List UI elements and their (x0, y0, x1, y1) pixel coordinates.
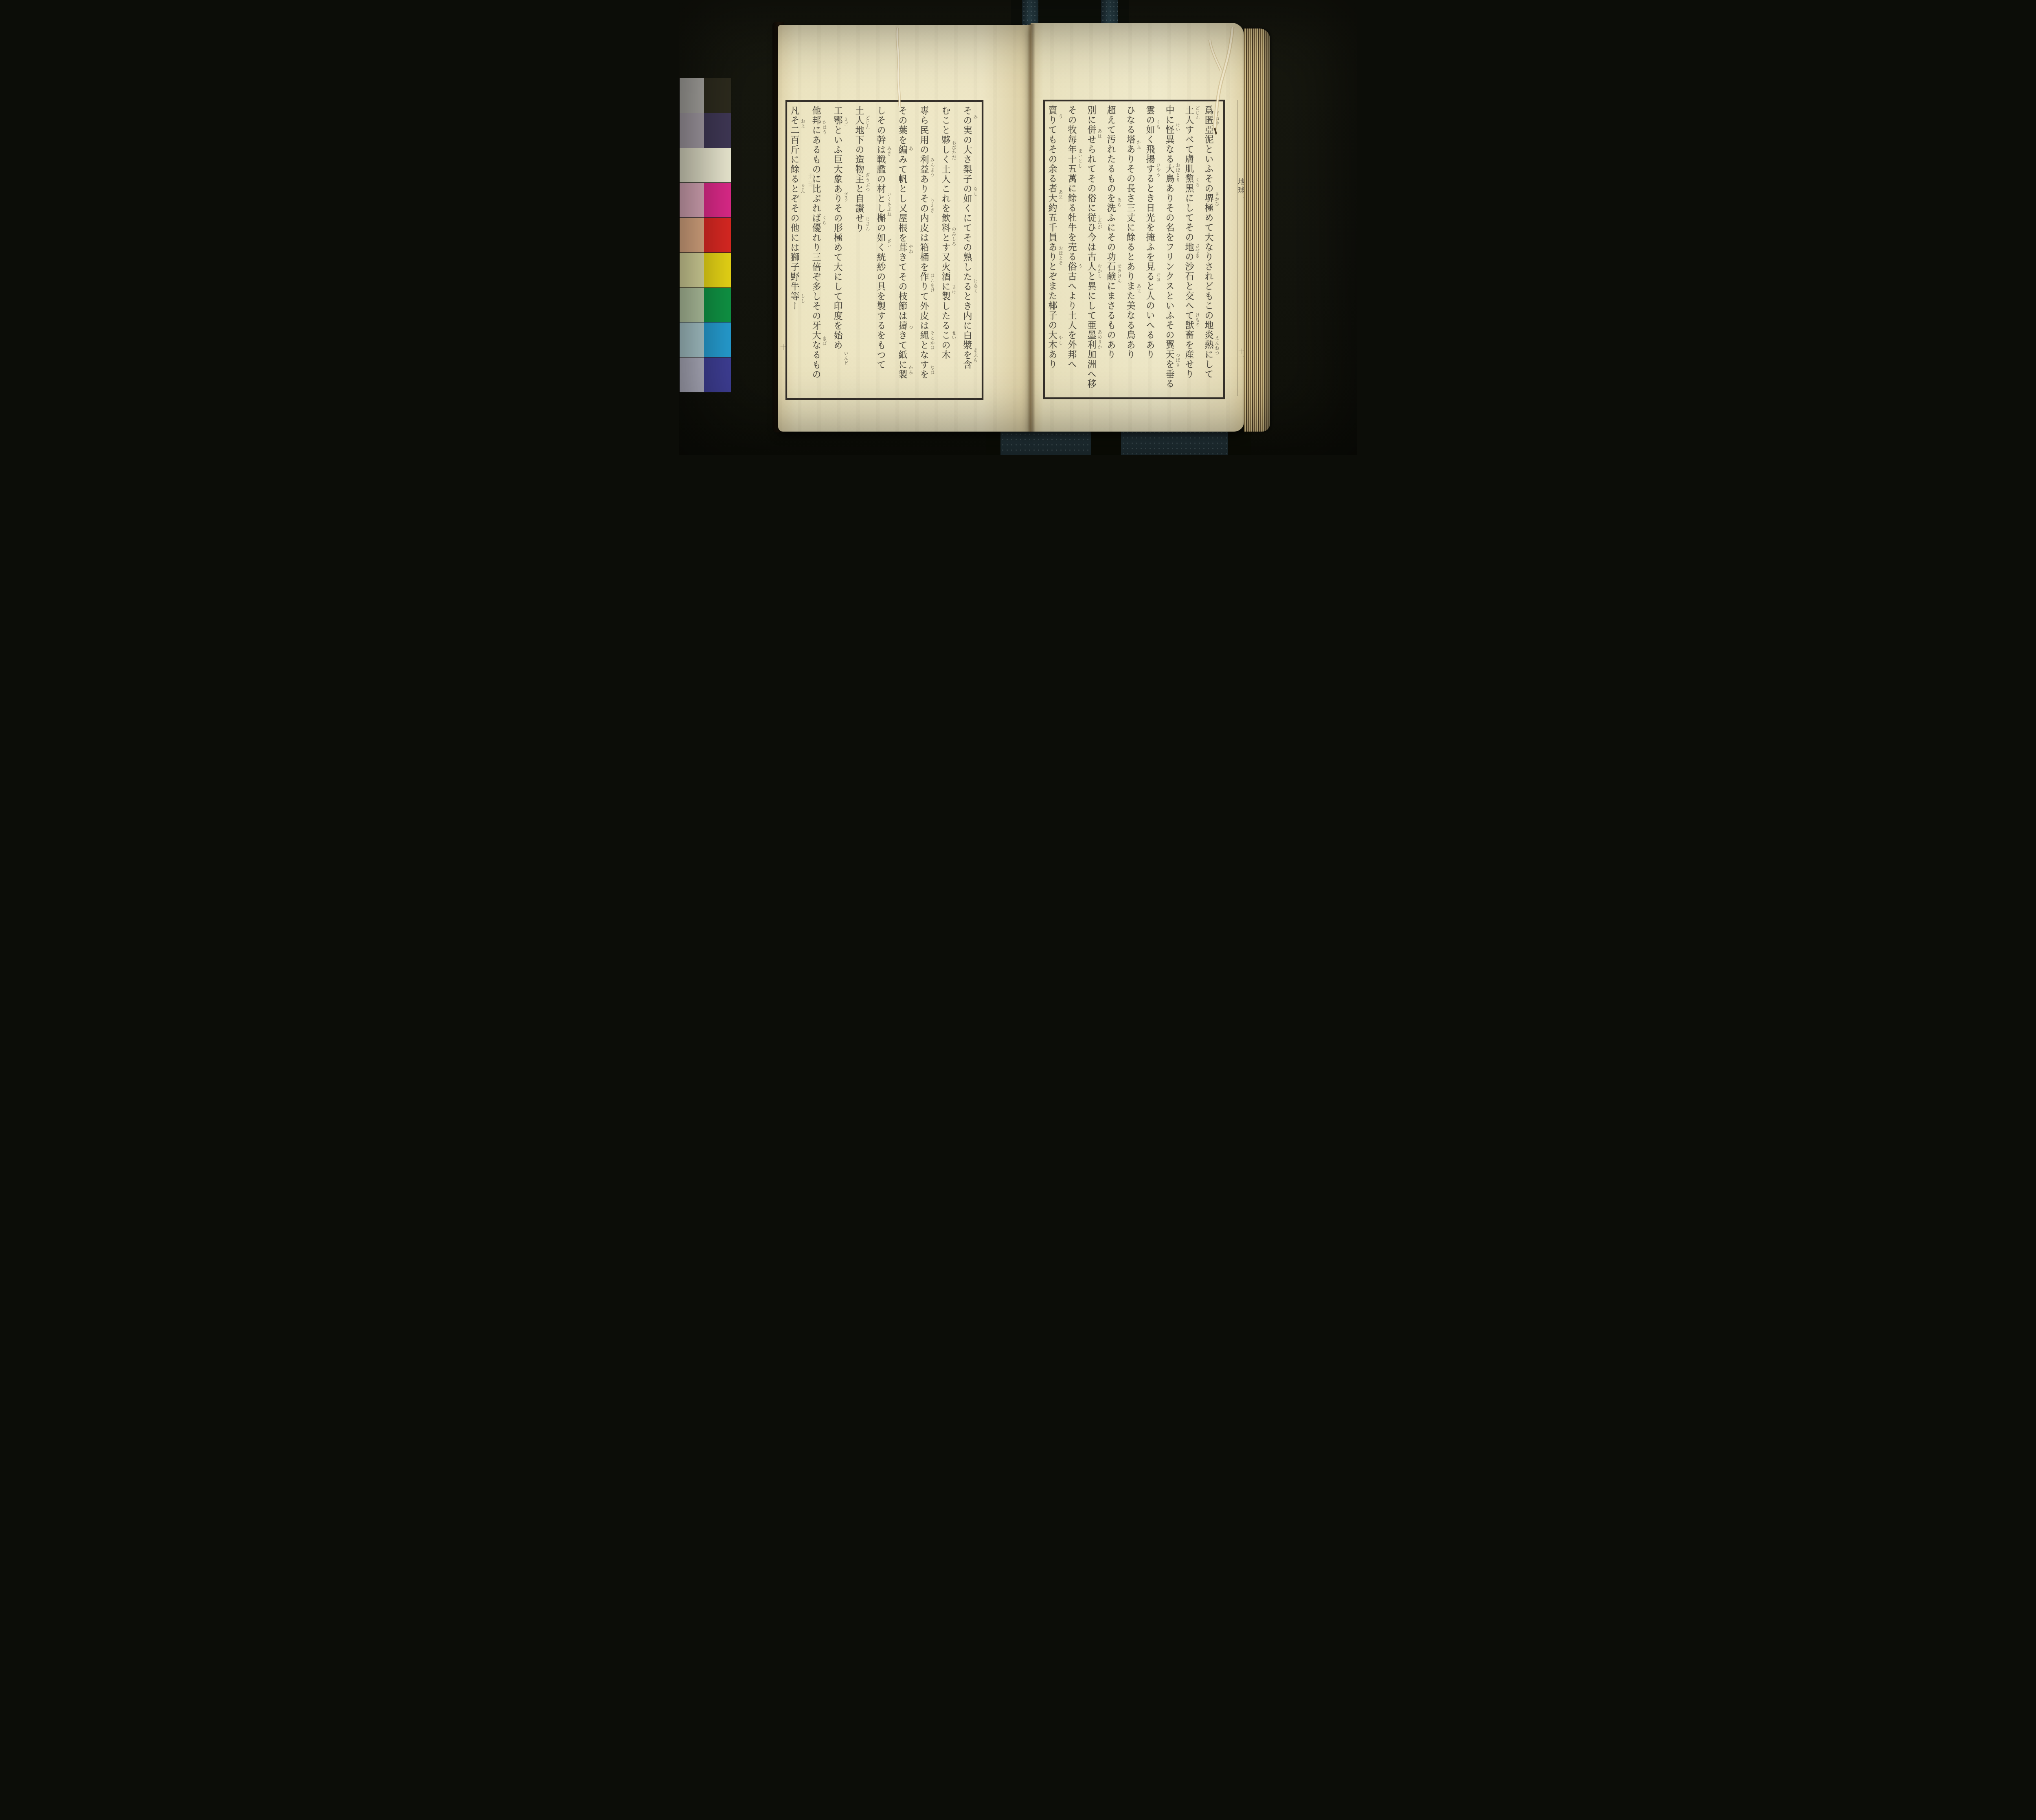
column-text: ひなる塔ありその長さ三丈に餘るとありまた美なる鳥あり (1124, 105, 1136, 393)
furigana: あは (1096, 129, 1103, 138)
furigana: みんよう (929, 158, 935, 177)
color-swatch (704, 78, 731, 113)
furigana: う (1057, 114, 1064, 119)
text-column: 土人すべて膚肌黧黒にしてその地の沙石と交へて獣畜を産せりどじんくろさせきけもの (1182, 105, 1200, 393)
column-text: 別に併せられてその俗に従ひ今は古人と異にして亜墨利加洲へ移 (1085, 105, 1097, 393)
furigana: やし (1057, 335, 1064, 345)
furigana: はこをけ (929, 273, 935, 293)
color-swatch (704, 322, 731, 357)
furigana: み (972, 114, 979, 119)
furigana: じさん (864, 217, 871, 231)
text-column: 雲の如く飛揚するとき日光を掩ふを見ると人のいへるありくもひやうおほ (1143, 105, 1161, 393)
right-page: 爲匿亞泥といふその堺極めて大なりされどもこの地炎熱にしてぎねやさかひえんねつ土人… (1031, 23, 1244, 432)
furigana: たふ (1135, 140, 1142, 150)
column-text: その牧毎年十五萬に餘る牡牛を売る俗古へより土人を外邦へ (1065, 105, 1078, 393)
page-edges-stack (1244, 29, 1270, 432)
text-column: むこと夥しく土人これを飲料とす又火酒に製したるこの木おびただのみしろさけせい (938, 106, 957, 394)
furigana: きん (799, 184, 806, 194)
column-text: 凡そ二百斤に餘るとぞその他には獅子野牛等ー (788, 106, 801, 366)
paper-tear-left (882, 26, 915, 112)
furigana: おほ (1155, 272, 1161, 282)
color-swatch (680, 183, 704, 217)
left-leaf-number: 十 (779, 344, 788, 350)
color-swatch (680, 288, 704, 322)
furigana: えんねつ (1213, 336, 1220, 355)
furigana: やね (907, 244, 914, 254)
furigana: つ (907, 325, 914, 330)
column-text: 超えて汚れたるものを洗ふにその功石鹸にまさるものあり (1104, 105, 1117, 393)
text-column: 賣りてもその余る者大約五千員ありとぞまた椰子の大木ありうあまおほよそやし (1045, 105, 1064, 386)
furigana: りえき (929, 198, 935, 213)
furigana: おほとり (1174, 163, 1181, 182)
show-through-title: 地球 (806, 173, 815, 189)
color-swatch (680, 253, 704, 287)
furigana: つばさ (1174, 353, 1181, 368)
left-text-columns: その実の大さ梨子の如くにてその熟したるとき内に白漿を含みなしじゆくあぶらむこと夥… (790, 104, 979, 396)
text-column: 工鄂といふ巨大象ありその形極めて大にして印度を始めえござういんど (830, 106, 849, 394)
color-swatch (680, 148, 731, 183)
furigana: いくさぶね (886, 192, 892, 217)
column-text: 專ら民用の利益ありその内皮は箱桶を作りて外皮は縄となすを (917, 106, 930, 394)
furigana: さけ (950, 285, 957, 294)
furigana: ぎねや (1213, 111, 1220, 126)
furigana: なし (972, 186, 979, 196)
text-column: その牧毎年十五萬に餘る牡牛を売る俗古へより土人を外邦へまいとしう (1064, 105, 1083, 393)
text-column: 專ら民用の利益ありその内皮は箱桶を作りて外皮は縄となすをみんようりえきはこをけそ… (917, 106, 935, 394)
furigana: う (1077, 264, 1083, 269)
furigana: しし (799, 294, 806, 303)
column-text: 雲の如く飛揚するとき日光を掩ふを見ると人のいへるあり (1143, 105, 1156, 393)
furigana: せきけん (1116, 264, 1122, 283)
color-swatch (680, 218, 704, 252)
furigana: なは (929, 365, 935, 375)
color-calibration-bar (680, 78, 731, 393)
text-column: 別に併せられてその俗に従ひ今は古人と異にして亜墨利加洲へ移あはしたがむかしあめり… (1084, 105, 1103, 393)
furigana: そとかは (929, 331, 935, 350)
column-text: 賣りてもその余る者大約五千員ありとぞまた椰子の大木あり (1046, 105, 1058, 386)
photo-stage: その実の大さ梨子の如くにてその熟したるとき内に白漿を含みなしじゆくあぶらむこと夥… (679, 0, 1357, 455)
color-swatch-row (680, 148, 731, 183)
color-swatch-row (680, 288, 731, 323)
furigana: けい (1174, 123, 1181, 132)
furigana: あぶら (972, 348, 979, 363)
furigana: ざい (886, 239, 892, 248)
furigana: あま (1135, 284, 1142, 294)
color-swatch (704, 218, 731, 252)
right-leaf-number: 十一 (1237, 349, 1245, 360)
color-swatch-row (680, 78, 731, 113)
furigana: させき (1194, 243, 1200, 258)
furigana: みき (886, 146, 892, 156)
text-column: 土人地下の造物主と自讃せりどじんざうぶつじさん (852, 106, 871, 297)
furigana: むかし (1096, 264, 1103, 278)
color-swatch (680, 78, 704, 113)
right-text-frame: 爲匿亞泥といふその堺極めて大なりされどもこの地炎熱にしてぎねやさかひえんねつ土人… (1043, 100, 1225, 399)
furigana: およ (799, 119, 806, 129)
furigana: くろ (1194, 178, 1200, 187)
furigana: けもの (1194, 313, 1200, 327)
furigana: あ (907, 146, 914, 151)
color-swatch-row (680, 322, 731, 357)
color-swatch-row (680, 357, 731, 393)
furigana: おびただ (950, 140, 957, 160)
color-swatch (704, 288, 731, 322)
text-column: 中に怪異なる大鳥ありその名をフリンクスといふその翼天を垂るけいおほとりつばさ (1162, 105, 1181, 393)
furigana: かみ (907, 365, 914, 375)
furigana: まいとし (1077, 149, 1083, 168)
furigana: あま (1057, 190, 1064, 200)
text-column: 爲匿亞泥といふその堺極めて大なりされどもこの地炎熱にしてぎねやさかひえんねつ (1201, 105, 1220, 393)
furigana: あめりか (1096, 330, 1103, 349)
column-text: その葉を編みて帆とし又屋根を葺きてその枝節は擣きて紙に製 (896, 106, 908, 394)
furigana: じゆく (972, 279, 979, 294)
text-column: ひなる塔ありその長さ三丈に餘るとありまた美なる鳥ありたふあま (1123, 105, 1142, 393)
text-column: 凡そ二百斤に餘るとぞその他には獅子野牛等ーおよきんしし (787, 106, 806, 366)
column-text: しその幹は戦艦の材とし槲の如く絖紗の具を製するをもつて (874, 106, 887, 394)
color-swatch (704, 253, 731, 287)
text-column: しその幹は戦艦の材とし槲の如く絖紗の具を製するをもつてみきいくさぶねざい (873, 106, 892, 394)
text-column: その葉を編みて帆とし又屋根を葺きてその枝節は擣きて紙に製あやねつかみ (895, 106, 914, 394)
furigana: さかひ (1213, 192, 1220, 206)
color-swatch (680, 322, 704, 357)
column-text: 土人地下の造物主と自讃せり (853, 106, 865, 297)
furigana: いんど (842, 351, 849, 366)
furigana: ひやう (1155, 163, 1161, 178)
furigana: ざう (842, 192, 849, 202)
column-text: その実の大さ梨子の如くにてその熟したるとき内に白漿を含 (961, 106, 973, 394)
furigana: えご (842, 117, 849, 127)
furigana: どじん (1194, 105, 1200, 120)
column-text: むこと夥しく土人これを飲料とす又火酒に製したるこの木 (939, 106, 952, 394)
furigana: のみしろ (950, 227, 957, 246)
color-swatch-row (680, 113, 731, 148)
text-column: その実の大さ梨子の如くにてその熟したるとき内に白漿を含みなしじゆくあぶら (960, 106, 979, 394)
furigana: くも (1155, 120, 1161, 129)
column-text: 爲匿亞泥といふその堺極めて大なりされどもこの地炎熱にして (1202, 105, 1215, 393)
color-swatch-row (680, 218, 731, 253)
furigana: おほよそ (1057, 246, 1064, 265)
color-swatch (704, 183, 731, 217)
furigana: どじん (864, 115, 871, 130)
color-swatch-row (680, 253, 731, 288)
column-text: 中に怪異なる大鳥ありその名をフリンクスといふその翼天を垂る (1163, 105, 1176, 393)
color-swatch (704, 357, 731, 392)
right-text-columns: 爲匿亞泥といふその堺極めて大なりされどもこの地炎熱にしてぎねやさかひえんねつ土人… (1047, 104, 1221, 395)
text-column: 超えて汚れたるものを洗ふにその功石鹸にまさるものありあらせきけん (1104, 105, 1122, 393)
left-text-frame: その実の大さ梨子の如くにてその熟したるとき内に白漿を含みなしじゆくあぶらむこと夥… (785, 100, 983, 400)
left-page: その実の大さ梨子の如くにてその熟したるとき内に白漿を含みなしじゆくあぶらむこと夥… (778, 25, 1032, 432)
furigana: たはう (821, 120, 827, 135)
furigana: せい (950, 331, 957, 340)
color-swatch (680, 113, 704, 148)
column-text: 工鄂といふ巨大象ありその形極めて大にして印度を始め (831, 106, 844, 394)
text-column: 他邦にあるものに比ぶれば優れり三倍ぞ多しその牙大なるものたはうくらきば (809, 106, 827, 394)
furigana: きば (821, 336, 827, 346)
furigana: あら (1116, 197, 1122, 207)
furigana: したが (1096, 215, 1103, 230)
color-swatch (680, 357, 704, 392)
color-swatch-row (680, 183, 731, 218)
furigana: くら (821, 215, 827, 225)
furigana: ざうぶつ (864, 173, 871, 192)
column-text: 土人すべて膚肌黧黒にしてその地の沙石と交へて獣畜を産せり (1183, 105, 1195, 393)
column-text: 他邦にあるものに比ぶれば優れり三倍ぞ多しその牙大なるもの (810, 106, 822, 394)
color-swatch (704, 113, 731, 148)
